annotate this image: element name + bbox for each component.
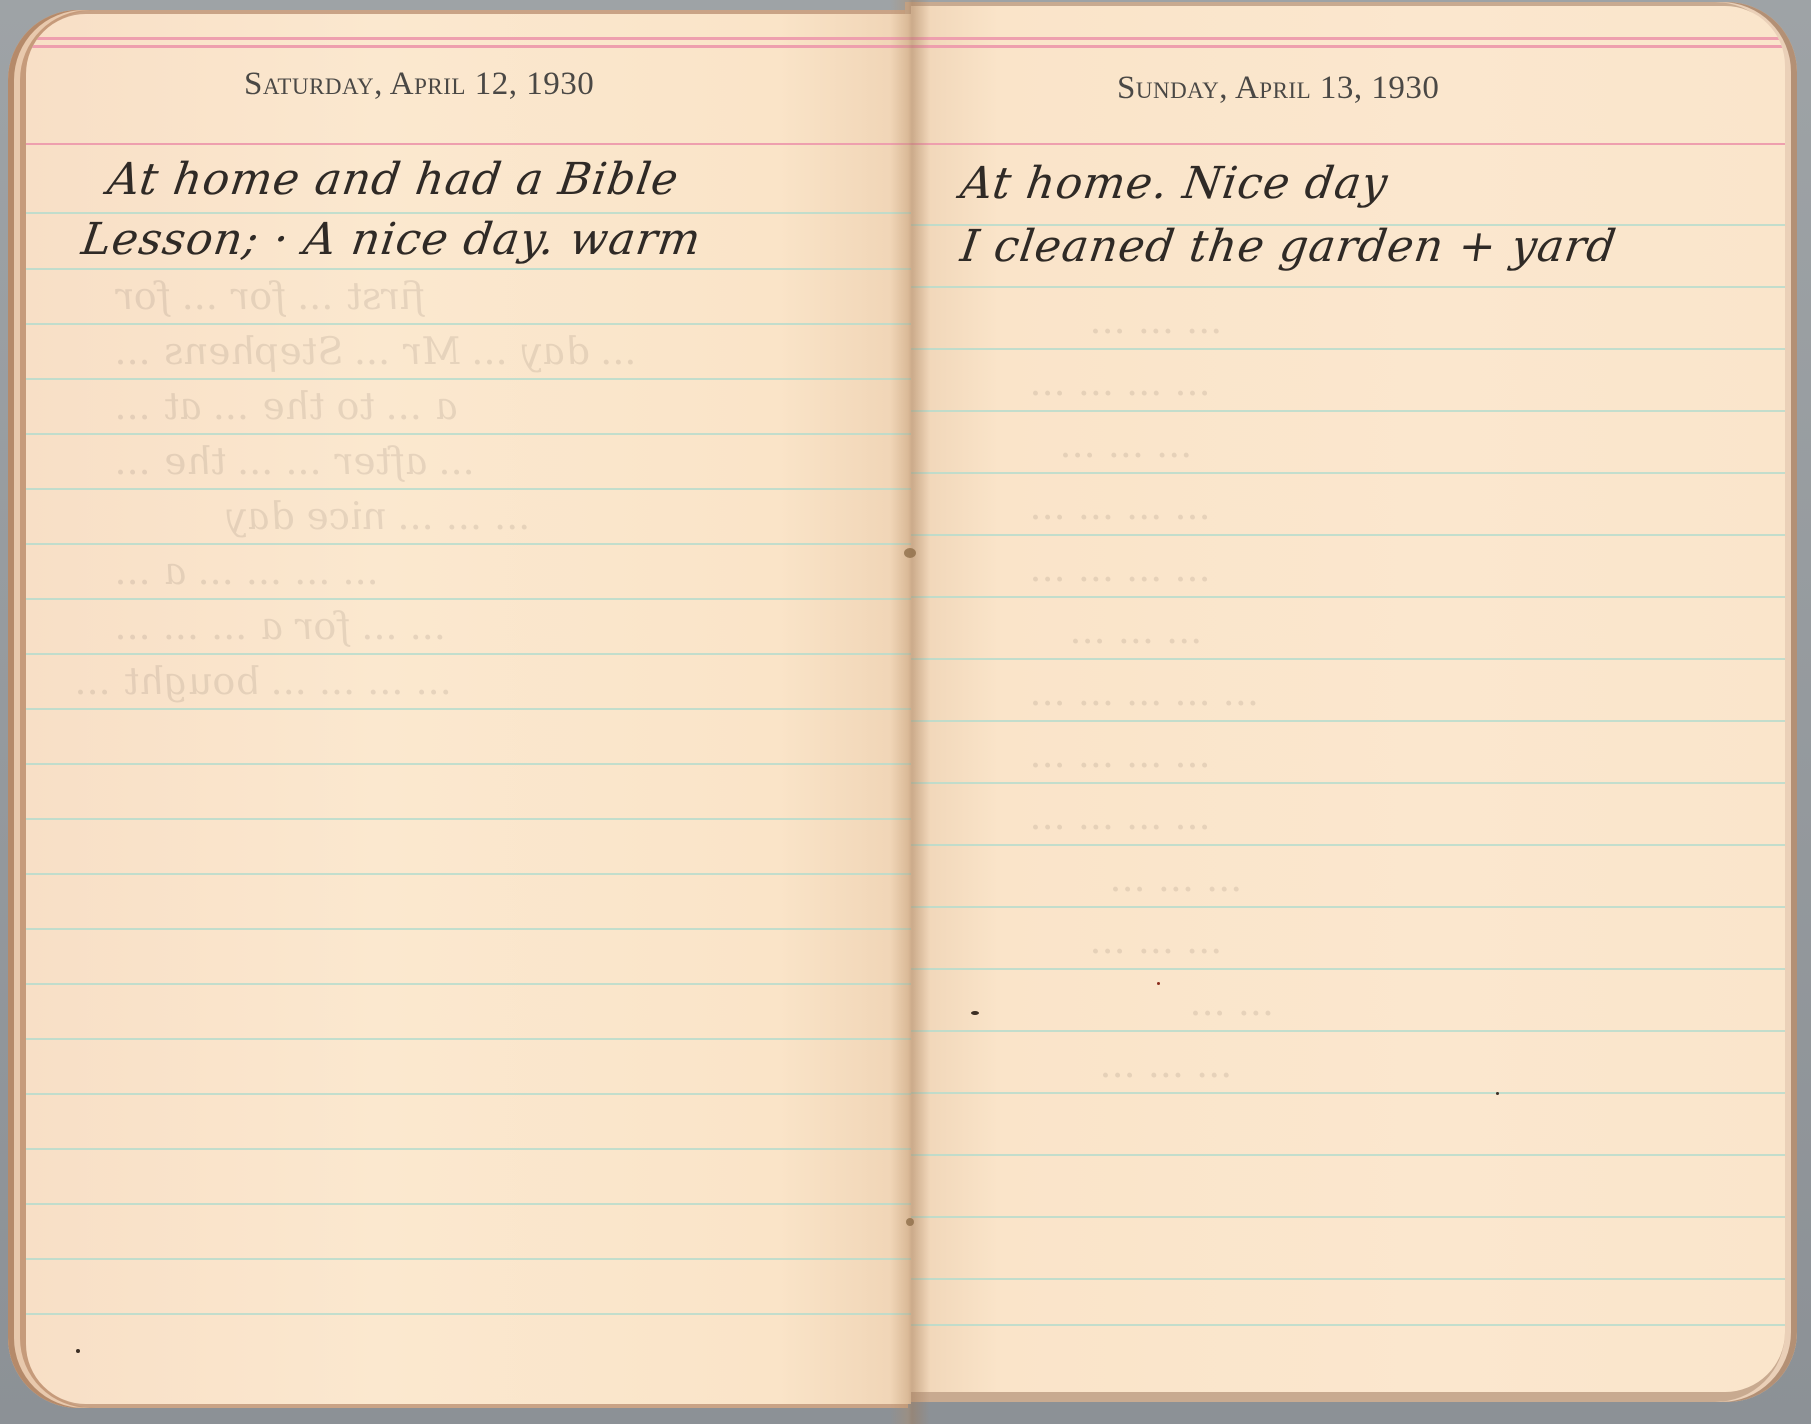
ruled-line [26,1038,911,1040]
entry-line-2: I cleaned the garden + yard [957,221,1619,272]
ruled-line [26,323,911,325]
bleed-through-text: ... ... ... [1058,422,1197,466]
ruled-line [911,1154,1785,1156]
ruled-line [911,596,1785,598]
ruled-line [26,1313,911,1315]
binding-stitch [906,1218,914,1226]
header-double-rule-top [911,37,1785,40]
ruled-line [911,720,1785,722]
ruled-line [911,782,1785,784]
paper-speck [76,1349,80,1353]
bleed-through-text: ... ... ... ... [1028,732,1215,776]
bleed-through-text: ... ... ... ... [1028,360,1215,404]
ruled-line [26,928,911,930]
bleed-through-text: ... after ... ... the ... [113,439,479,483]
entry-line-1: At home and had a Bible [104,154,682,205]
bleed-through-text: ... ... [1188,980,1279,1024]
ruled-line [26,543,911,545]
ruled-line [26,708,911,710]
paper-speck [1157,982,1160,985]
ruled-line [26,488,911,490]
ruled-line [911,1030,1785,1032]
binding-stitch [904,548,916,558]
ruled-line [911,1216,1785,1218]
ruled-line [26,1203,911,1205]
bleed-through-text: first ... for ... for [113,274,428,318]
date-header-sunday: Sunday, April 13, 1930 [1117,70,1439,107]
ruled-line [26,653,911,655]
bleed-through-text: ... ... ... ... [1028,546,1215,590]
ruled-line [26,598,911,600]
date-header-saturday: Saturday, April 12, 1930 [244,66,594,103]
ruled-line [911,1278,1785,1280]
ruled-line [911,658,1785,660]
left-page: Saturday, April 12, 1930 At home and had… [26,14,911,1404]
ruled-line [911,534,1785,536]
ruled-line [911,968,1785,970]
bleed-through-text: ... ... ... [1098,1042,1237,1086]
bleed-through-text: ... ... for a ... ... ... [113,604,451,648]
ruled-line [911,348,1785,350]
ruled-line [26,1093,911,1095]
paper-speck [971,1011,979,1015]
bleed-through-text: ... ... ... ... a ... [113,549,383,593]
bleed-through-text: ... ... ... [1068,608,1207,652]
header-underline-rule [911,143,1785,145]
header-double-rule-bottom [26,45,911,48]
ruled-line [26,763,911,765]
bleed-through-text: ... ... ... ... ... [1028,670,1264,714]
ruled-line [911,906,1785,908]
entry-line-1: At home. Nice day [957,158,1391,209]
ruled-line [911,472,1785,474]
ruled-line [911,1092,1785,1094]
bleed-through-text: ... ... ... ... [1028,484,1215,528]
bleed-through-text: ... ... ... [1108,856,1247,900]
ruled-line [26,268,911,270]
header-double-rule-top [26,37,911,40]
bleed-through-text: ... ... ... nice day [223,494,535,538]
ruled-line [26,1258,911,1260]
header-double-rule-bottom [911,45,1785,48]
bleed-through-text: ... day ... Mr ... Stephens ... [113,329,641,373]
header-underline-rule [26,143,911,145]
ruled-line [26,818,911,820]
ruled-line [26,1148,911,1150]
ruled-line [911,286,1785,288]
bleed-through-text: a ... to the ... at ... [113,384,461,428]
bleed-through-text: ... ... ... [1088,298,1227,342]
bleed-through-text: ... ... ... ... [1028,794,1215,838]
ruled-line [26,873,911,875]
bleed-through-text: ... ... ... ... bought ... [73,659,457,703]
ruled-line [26,378,911,380]
paper-speck [1496,1092,1499,1095]
ruled-line [911,1324,1785,1326]
entry-line-2: Lesson; · A nice day. warm [78,214,704,265]
ruled-line [911,844,1785,846]
bleed-through-text: ... ... ... [1088,918,1227,962]
ruled-line [26,433,911,435]
ruled-line [911,410,1785,412]
ruled-line [26,983,911,985]
right-page: Sunday, April 13, 1930 At home. Nice day… [911,6,1785,1392]
